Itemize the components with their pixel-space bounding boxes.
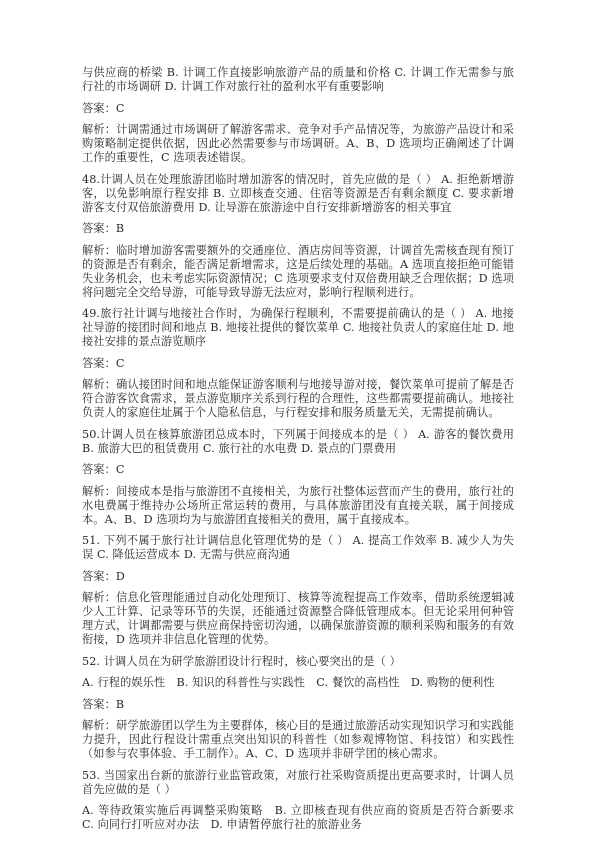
answer-48: 答案：B [82, 222, 514, 236]
options-53: A. 等待政策实施后再调整采购策略 B. 立即核查现有供应商的资质是否符合新要求… [82, 804, 514, 832]
answer-50: 答案：C [82, 463, 514, 477]
question-53: 53. 当国家出台新的旅游行业监管政策，对旅行社采购资质提出更高要求时，计调人员… [82, 769, 514, 797]
explanation-52: 解析：研学旅游团以学生为主要群体，核心目的是通过旅游活动实现知识学习和实践能力提… [82, 719, 514, 761]
explanation-50: 解析：间接成本是指与旅游团不直接相关，为旅行社整体运营而产生的费用，旅行社的水电… [82, 485, 514, 527]
explanation-48: 解析：临时增加游客需要额外的交通座位、酒店房间等资源，计调首先需核查现有预订的资… [82, 244, 514, 300]
question-52: 52. 计调人员在为研学旅游团设计行程时，核心要突出的是（ ） [82, 655, 514, 669]
question-47-continuation: 与供应商的桥梁 B. 计调工作直接影响旅游产品的质量和价格 C. 计调工作无需参… [82, 66, 514, 94]
options-52: A. 行程的娱乐性 B. 知识的科普性与实践性 C. 餐饮的高档性 D. 购物的… [82, 676, 514, 690]
answer-52: 答案：B [82, 698, 514, 712]
explanation-49: 解析：确认接团时间和地点能保证游客顺利与地接导游对接，餐饮菜单可提前了解是否符合… [82, 378, 514, 420]
question-51: 51. 下列不属于旅行社计调信息化管理优势的是（ ） A. 提高工作效率 B. … [82, 534, 514, 562]
explanation-51: 解析：信息化管理能通过自动化处理预订、核算等流程提高工作效率，借助系统逻辑减少人… [82, 591, 514, 647]
answer-51: 答案：D [82, 570, 514, 584]
document-page: 与供应商的桥梁 B. 计调工作直接影响旅游产品的质量和价格 C. 计调工作无需参… [82, 66, 514, 840]
answer-47: 答案：C [82, 102, 514, 116]
explanation-47: 解析：计调需通过市场调研了解游客需求、竞争对手产品情况等，为旅游产品设计和采购策… [82, 123, 514, 165]
answer-49: 答案：C [82, 357, 514, 371]
question-48: 48.计调人员在处理旅游团临时增加游客的情况时，首先应做的是（ ） A. 拒绝新… [82, 173, 514, 215]
question-50: 50.计调人员在核算旅游团总成本时，下列属于间接成本的是（ ） A. 游客的餐饮… [82, 428, 514, 456]
question-49: 49.旅行社计调与地接社合作时，为确保行程顺利，不需要提前确认的是（ ） A. … [82, 307, 514, 349]
